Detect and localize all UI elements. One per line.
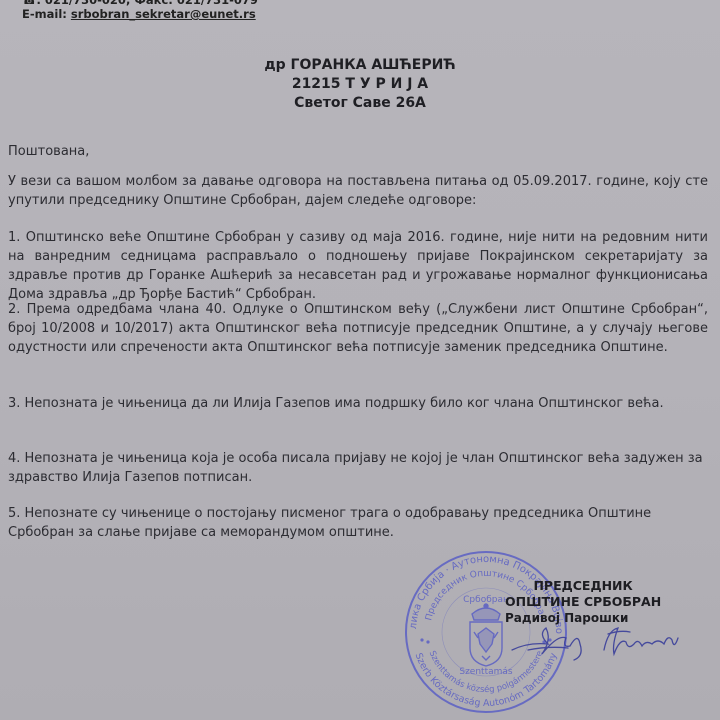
phone-fax-line: ☎: 021/730-020; Факс: 021/731-079 bbox=[22, 0, 258, 7]
recipient-name: др ГОРАНКА АШЋЕРИЋ bbox=[0, 56, 720, 75]
signatory-title-line-1: ПРЕДСЕДНИК bbox=[505, 578, 661, 594]
greeting: Поштована, bbox=[8, 142, 708, 161]
recipient-address: др ГОРАНКА АШЋЕРИЋ 21215 Т У Р И Ј А Све… bbox=[0, 56, 720, 113]
recipient-street: Светог Саве 26А bbox=[0, 94, 720, 113]
email-link[interactable]: srbobran_sekretar@eunet.rs bbox=[71, 7, 256, 21]
answer-item-1: 1. Општинско веће Општине Србобран у саз… bbox=[8, 228, 708, 304]
answer-item-2: 2. Према одредбама члана 40. Одлуке о Оп… bbox=[8, 300, 708, 357]
handwritten-signature-icon bbox=[508, 620, 688, 664]
intro-paragraph: У вези са вашом молбом за давање одговор… bbox=[8, 172, 708, 210]
email-label: E-mail: bbox=[22, 7, 67, 21]
svg-text:Szenttamás: Szenttamás bbox=[459, 667, 513, 677]
signature-block: ПРЕДСЕДНИК ОПШТИНЕ СРБОБРАН Радивој Паро… bbox=[505, 578, 661, 626]
answer-item-5: 5. Непознате су чињенице о постојању пис… bbox=[8, 504, 708, 542]
scanned-letter-page: ☎: 021/730-020; Факс: 021/731-079 E-mail… bbox=[0, 0, 720, 720]
answer-item-3: 3. Непозната је чињеница да ли Илија Газ… bbox=[8, 394, 708, 413]
email-line: E-mail: srbobran_sekretar@eunet.rs bbox=[22, 7, 258, 21]
answer-item-4: 4. Непозната је чињеница која је особа п… bbox=[8, 449, 708, 487]
coat-of-arms-icon bbox=[470, 604, 502, 666]
letterhead: ☎: 021/730-020; Факс: 021/731-079 E-mail… bbox=[22, 0, 258, 21]
signatory-title-line-2: ОПШТИНЕ СРБОБРАН bbox=[505, 594, 661, 610]
recipient-city: 21215 Т У Р И Ј А bbox=[0, 75, 720, 94]
